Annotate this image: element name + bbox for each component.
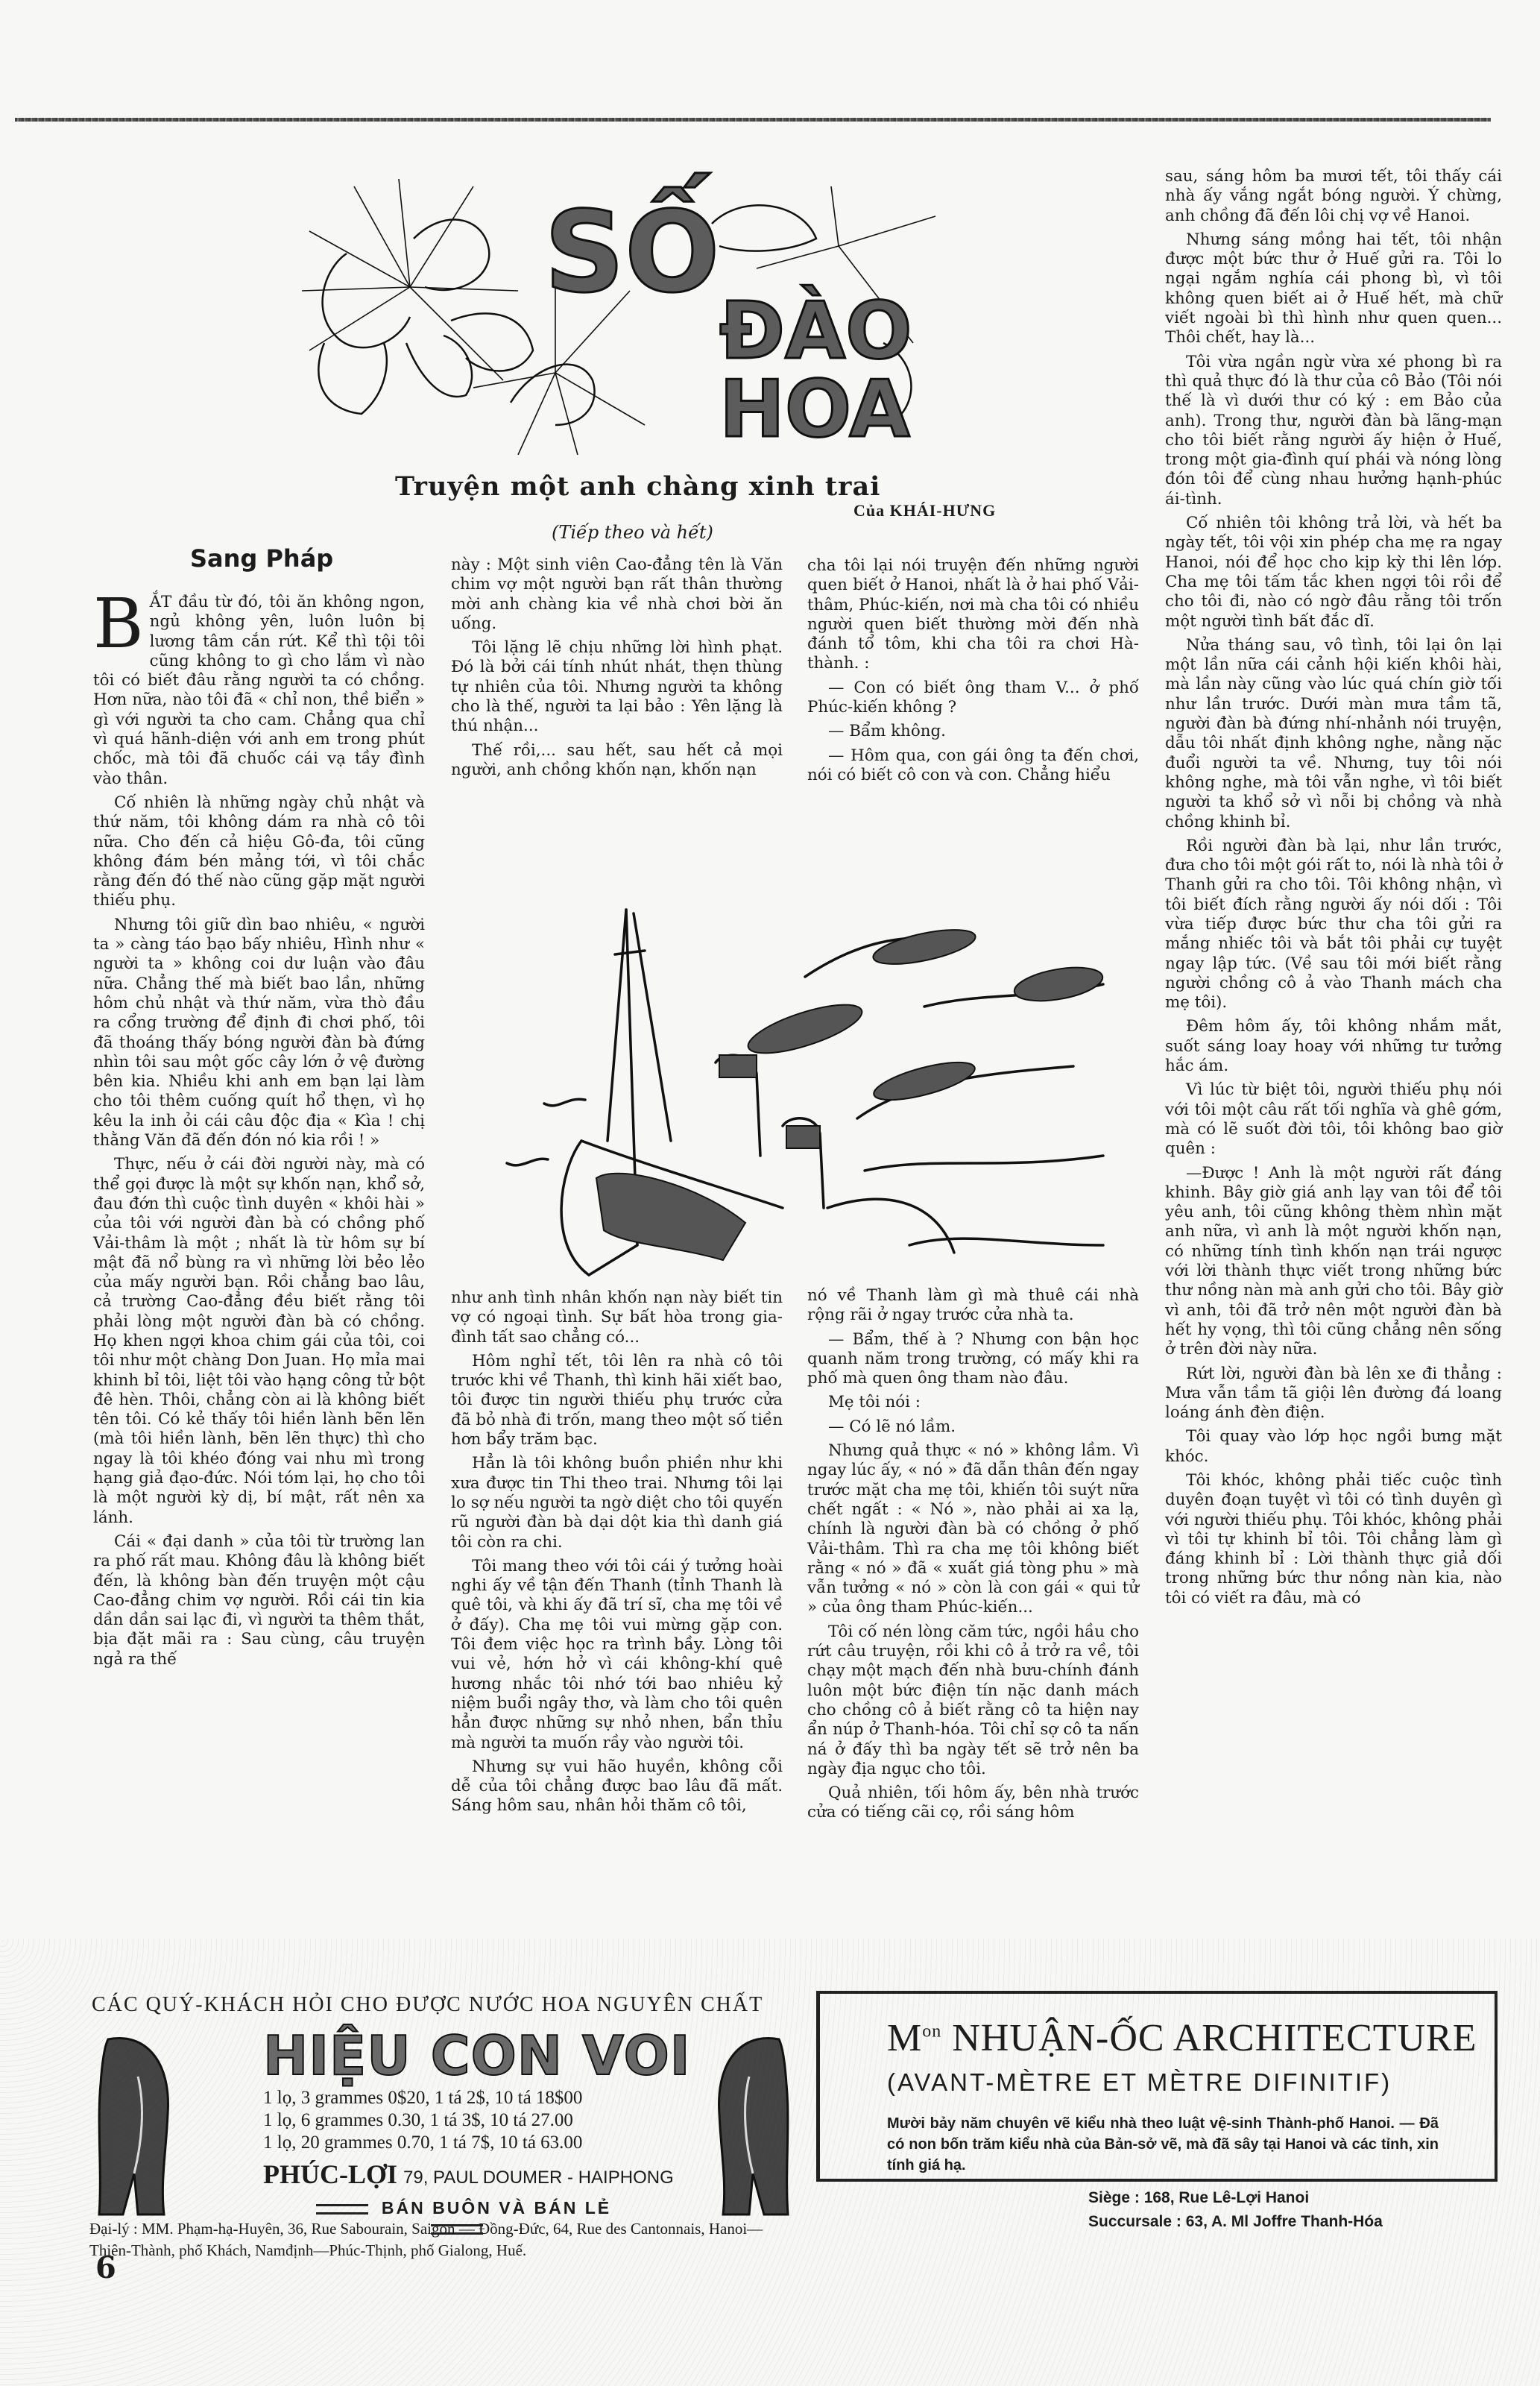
paragraph: Mẹ tôi nói : [807, 1393, 1139, 1412]
story-subtitle: Truyện một anh chàng xinh trai [395, 471, 880, 502]
elephant-icon [93, 2032, 175, 2218]
seller-name: PHÚC-LỢI [263, 2159, 397, 2189]
continued-note: (Tiếp theo và hết) [552, 522, 713, 543]
ad-headline: CÁC QUÝ-KHÁCH HỎI CHO ĐƯỢC NƯỚC HOA NGUY… [92, 1993, 763, 2017]
paragraph: — Con có biết ông tham V... ở phố Phúc-k… [807, 679, 1139, 718]
article-column-3-bottom: nó về Thanh làm gì mà thuê cái nhà rộng … [807, 1286, 1139, 1828]
article-column-4: sau, sáng hôm ba mươi tết, tôi thấy cái … [1165, 167, 1502, 1613]
masthead-word-hoa: HOA [719, 364, 910, 455]
price-line: 1 lọ, 6 grammes 0.30, 1 tá 3$, 10 tá 27.… [263, 2110, 573, 2131]
paragraph: cha tôi lại nói truyện đến những người q… [807, 556, 1139, 674]
paragraph: này : Một sinh viên Cao-đẳng tên là Văn … [451, 555, 783, 634]
ad-succursale-address: Succursale : 63, A. Ml Joffre Thanh-Hóa [1088, 2213, 1383, 2231]
paragraph: Nửa tháng sau, vô tình, tôi lại ôn lại m… [1165, 636, 1502, 832]
paragraph: — Bẩm không. [807, 722, 1139, 741]
paragraph: — Bẩm, thế à ? Nhưng con bận học quanh n… [807, 1330, 1139, 1389]
paragraph: Cố nhiên tôi không trả lời, và hết ba ng… [1165, 514, 1502, 632]
paragraph: Hẳn là tôi không buồn phiền như khi xưa … [451, 1454, 783, 1552]
paragraph: — Hôm qua, con gái ông ta đến chơi, nói … [807, 746, 1139, 786]
paragraph: Hôm nghỉ tết, tôi lên ra nhà cô tôi trướ… [451, 1352, 783, 1449]
paragraph: — Có lẽ nó lầm. [807, 1417, 1139, 1437]
ad-body: Mười bảy năm chuyên vẽ kiểu nhà theo luậ… [887, 2113, 1439, 2176]
article-column-1: BẮT đầu từ đó, tôi ăn không ngon, ngủ kh… [93, 593, 425, 1674]
paragraph: Tôi quay vào lớp học ngồi bưng mặt khóc. [1165, 1427, 1502, 1467]
paragraph: như anh tình nhân khốn nạn này biết tin … [451, 1288, 783, 1347]
elephant-icon [712, 2032, 794, 2218]
paragraph: Rứt lời, người đàn bà lên xe đi thẳng : … [1165, 1364, 1502, 1423]
paragraph: Rồi người đàn bà lại, như lần trước, đưa… [1165, 837, 1502, 1013]
paragraph: Nhưng quả thực « nó » không lầm. Vì ngay… [807, 1441, 1139, 1618]
article-column-2-top: này : Một sinh viên Cao-đẳng tên là Văn … [451, 555, 783, 784]
ad-title: Mon NHUẬN-ỐC ARCHITECTURE [887, 2016, 1477, 2060]
paragraph: Tôi lặng lẽ chịu những lời hình phạt. Đó… [451, 638, 783, 736]
dropcap: B [93, 594, 144, 654]
paragraph: Tôi khóc, không phải tiếc cuộc tình duyê… [1165, 1471, 1502, 1608]
paragraph: Nhưng sự vui hão huyền, không cỗi dễ của… [451, 1757, 783, 1816]
section-heading: Sang Pháp [190, 544, 333, 573]
price-line: 1 lọ, 3 grammes 0$20, 1 tá 2$, 10 tá 18$… [263, 2088, 582, 2109]
paragraph: —Được ! Anh là một người rất đáng khinh.… [1165, 1164, 1502, 1360]
seller-info: PHÚC-LỢI79, PAUL DOUMER - HAIPHONG [263, 2159, 674, 2190]
page-number: 6 [95, 2250, 116, 2285]
paragraph: Thế rồi,... sau hết, sau hết cả mọi ngườ… [451, 741, 783, 781]
architecture-advertisement: Mon NHUẬN-ỐC ARCHITECTURE (AVANT-MÈTRE E… [816, 1991, 1498, 2182]
paragraph: BẮT đầu từ đó, tôi ăn không ngon, ngủ kh… [93, 593, 425, 789]
paragraph: sau, sáng hôm ba mươi tết, tôi thấy cái … [1165, 167, 1502, 226]
paragraph: Đêm hôm ấy, tôi không nhắm mắt, suốt sán… [1165, 1017, 1502, 1076]
paragraph: Tôi mang theo với tôi cái ý tưởng hoài n… [451, 1557, 783, 1753]
article-column-2-bottom: như anh tình nhân khốn nạn này biết tin … [451, 1288, 783, 1821]
perfume-advertisement: CÁC QUÝ-KHÁCH HỎI CHO ĐƯỢC NƯỚC HOA NGUY… [86, 1980, 801, 2263]
ad-subtitle: (AVANT-MÈTRE ET MÈTRE DIFINITIF) [887, 2068, 1392, 2097]
paragraph: Nhưng sáng mồng hai tết, tôi nhận được m… [1165, 230, 1502, 348]
article-column-3-top: cha tôi lại nói truyện đến những người q… [807, 556, 1139, 790]
paragraph: Nhưng tôi giữ dìn bao nhiêu, « người ta … [93, 916, 425, 1151]
ad-siege-address: Siège : 168, Rue Lê-Lợi Hanoi [1088, 2189, 1309, 2207]
masthead-word-so: SỐ [544, 173, 720, 318]
ship-illustration [477, 857, 1133, 1282]
agents-list: Đại-lý : MM. Phạm-hạ-Huyên, 36, Rue Sabo… [89, 2218, 798, 2261]
author-byline: Của KHÁI-HƯNG [853, 501, 996, 520]
paragraph: Cái « đại danh » của tôi từ trường lan r… [93, 1532, 425, 1669]
paragraph: Tôi cố nén lòng căm tức, ngồi hầu cho rứ… [807, 1622, 1139, 1779]
masthead-word-dao: ĐÀO [719, 285, 912, 377]
paragraph: Thực, nếu ở cái đời người này, mà có thể… [93, 1155, 425, 1528]
paragraph: Cố nhiên là những ngày chủ nhật và thứ n… [93, 793, 425, 911]
top-rule [15, 118, 1491, 122]
seller-address: 79, PAUL DOUMER - HAIPHONG [403, 2168, 674, 2188]
ad-brand-name: HIỆU CON VOI [263, 2024, 691, 2087]
paragraph: Vì lúc từ biệt tôi, người thiếu phụ nói … [1165, 1080, 1502, 1159]
paragraph: Tôi vừa ngần ngừ vừa xé phong bì ra thì … [1165, 353, 1502, 509]
masthead-title-art: SỐ ĐÀO HOA [294, 157, 950, 455]
paragraph: Quả nhiên, tối hôm ấy, bên nhà trước cửa… [807, 1784, 1139, 1823]
paragraph: nó về Thanh làm gì mà thuê cái nhà rộng … [807, 1286, 1139, 1326]
price-line: 1 lọ, 20 grammes 0.70, 1 tá 7$, 10 tá 63… [263, 2132, 582, 2153]
